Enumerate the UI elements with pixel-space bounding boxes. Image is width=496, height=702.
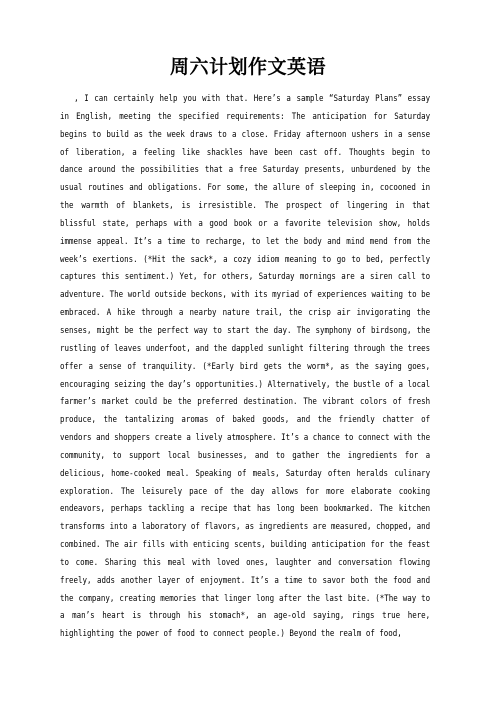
document-page: 周六计划作文英语 , I can certainly help you with… bbox=[0, 0, 496, 702]
essay-line: the warmth of blankets, is irresistible.… bbox=[60, 198, 430, 216]
essay-line: week’s exertions. (*Hit the sack*, a coz… bbox=[60, 252, 430, 270]
essay-line: begins to build as the week draws to a c… bbox=[60, 127, 430, 145]
essay-line: freely, adds another layer of enjoyment.… bbox=[60, 573, 430, 591]
essay-line: produce, the tantalizing aromas of baked… bbox=[60, 412, 430, 430]
essay-line: embraced. A hike through a nearby nature… bbox=[60, 305, 430, 323]
essay-line: endeavors, perhaps tackling a recipe tha… bbox=[60, 501, 430, 519]
essay-line: in English, meeting the specified requir… bbox=[60, 109, 430, 127]
essay-line: immense appeal. It’s a time to recharge,… bbox=[60, 234, 430, 252]
essay-line: combined. The air fills with enticing sc… bbox=[60, 537, 430, 555]
essay-line: dance around the possibilities that a fr… bbox=[60, 162, 430, 180]
essay-line: rustling of leaves underfoot, and the da… bbox=[60, 341, 430, 359]
essay-line: blissful state, perhaps with a good book… bbox=[60, 216, 430, 234]
essay-line: offer a sense of tranquility. (*Early bi… bbox=[60, 359, 430, 377]
essay-line: to come. Sharing this meal with loved on… bbox=[60, 555, 430, 573]
essay-line: encouraging seizing the day’s opportunit… bbox=[60, 377, 430, 395]
essay-line: captures this sentiment.) Yet, for other… bbox=[60, 269, 430, 287]
essay-line: , I can certainly help you with that. He… bbox=[60, 91, 430, 109]
essay-line: a man’s heart is through his stomach*, a… bbox=[60, 608, 430, 626]
essay-line: adventure. The world outside beckons, wi… bbox=[60, 287, 430, 305]
essay-line: the company, creating memories that ling… bbox=[60, 591, 430, 609]
essay-body: , I can certainly help you with that. He… bbox=[60, 91, 430, 644]
essay-line: senses, might be the perfect way to star… bbox=[60, 323, 430, 341]
essay-line: of liberation, a feeling like shackles h… bbox=[60, 145, 430, 163]
essay-line: transforms into a laboratory of flavors,… bbox=[60, 519, 430, 537]
essay-line: delicious, home-cooked meal. Speaking of… bbox=[60, 466, 430, 484]
document-title: 周六计划作文英语 bbox=[0, 54, 496, 80]
essay-line: community, to support local businesses, … bbox=[60, 448, 430, 466]
essay-line: highlighting the power of food to connec… bbox=[60, 626, 430, 644]
essay-line: usual routines and obligations. For some… bbox=[60, 180, 430, 198]
essay-line: farmer’s market could be the preferred d… bbox=[60, 394, 430, 412]
essay-line: exploration. The leisurely pace of the d… bbox=[60, 484, 430, 502]
essay-line: vendors and shoppers create a lively atm… bbox=[60, 430, 430, 448]
